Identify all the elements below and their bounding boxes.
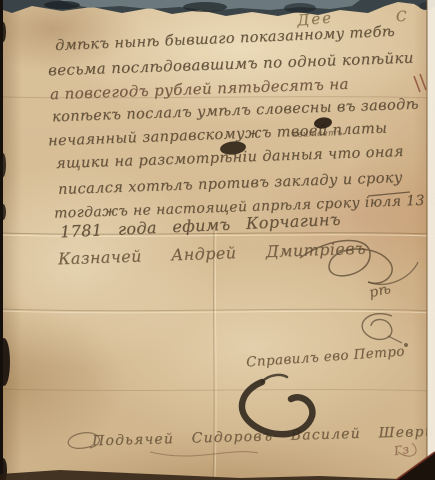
fold-crease-horizontal [0,389,435,391]
body-line-6: ящики на разсмотрѣніи данныя что оная [56,144,404,172]
left-edge-blot [0,338,10,386]
body-line-3: а повсегодъ рублей пятьдесятъ на [50,75,349,103]
left-edge-blot [0,22,6,42]
paraph-e-flourish [362,314,392,340]
torn-edge-shadow [44,1,80,9]
paraph-c-hook [262,375,287,382]
fold-crease-horizontal [0,309,435,311]
bottom-line-underline [150,452,258,456]
left-edge-blot [0,153,6,177]
red-tally-marks [414,74,426,92]
top-right-letter: С [395,9,407,26]
torn-edge-shadow [183,2,227,12]
signature-line: Казначей Андрей Дмитріевъ [58,239,366,269]
top-right-mark: Дее [296,8,333,29]
torn-top-edge [0,0,435,16]
margin-mark: рѣ [368,281,393,301]
fold-crease-highlight [0,311,435,313]
corner-mark: Гз [393,442,410,458]
body-line-7: писался хотѣлъ противъ закладу и сроку [58,170,403,198]
body-line-1: дмѣкъ нынѣ бывшаго показанному тебѣ [55,24,396,54]
manuscript-scan: дмѣкъ нынѣ бывшаго показанному тебѣ весь… [0,0,435,480]
clerk-line: Справилъ ево Петро [246,343,406,370]
bottom-edge-shadow [0,470,435,480]
paraph-tail [388,336,402,343]
interlinear-note: квитаетъ [292,128,343,140]
torn-edge-shadow [419,2,435,10]
left-edge [0,0,3,480]
left-edge-blot [0,458,7,480]
signature-flourish-tail [368,262,418,284]
body-line-2: весьма послѣдовавшимъ по одной копѣйки [48,49,414,80]
scan-strip-right [427,0,435,480]
left-edge-blot [0,204,6,220]
bottom-signature-line: Подьячей Сидоровъ Василей Шевригинъ [92,423,435,450]
paraph-dot [404,343,408,347]
